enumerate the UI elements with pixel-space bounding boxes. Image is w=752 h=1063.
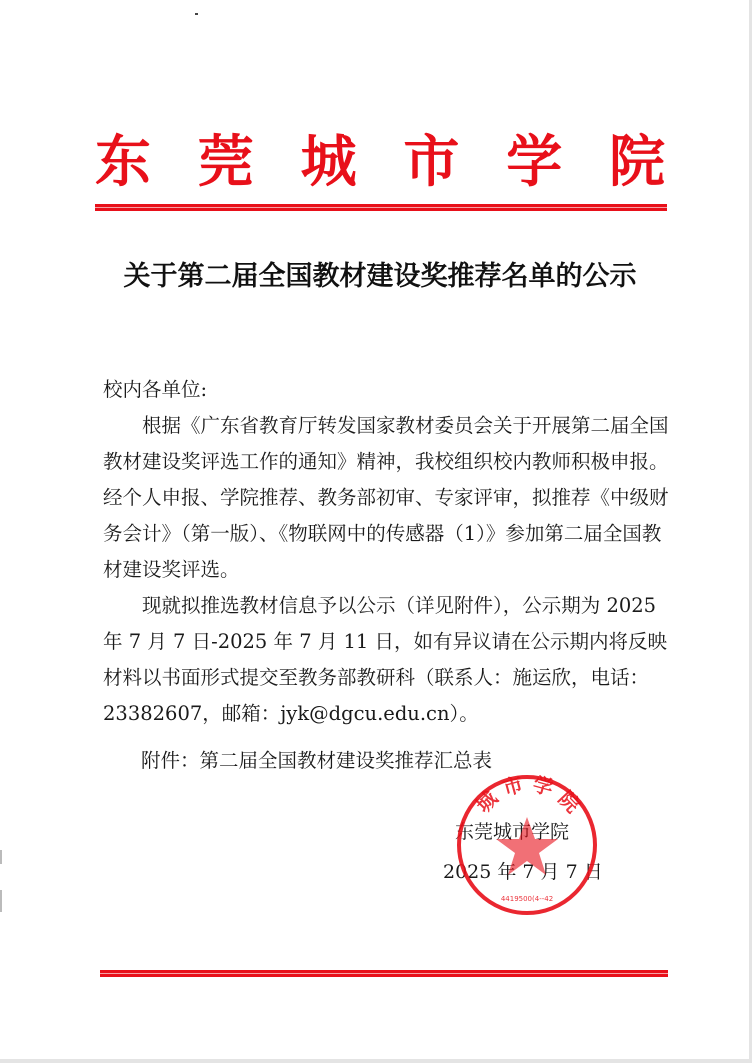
svg-text:城 市 学 院: 城 市 学 院 (471, 773, 585, 817)
body-paragraph: 现就拟推选教材信息予以公示（详见附件），公示期为 2025 年 7 月 7 日-… (103, 588, 673, 732)
body-paragraph: 根据《广东省教育厅转发国家教材委员会关于开展第二届全国教材建设奖评选工作的通知》… (103, 408, 673, 588)
document-page: 东 莞 城 市 学 院 关于第二届全国教材建设奖推荐名单的公示 校内各单位: 根… (0, 0, 749, 1059)
document-body: 校内各单位: 根据《广东省教育厅转发国家教材委员会关于开展第二届全国教材建设奖评… (103, 372, 673, 732)
masthead-char: 院 (609, 135, 665, 191)
masthead-char: 莞 (198, 135, 254, 191)
svg-text:4419500(4--42: 4419500(4--42 (501, 895, 553, 903)
scan-speck (195, 13, 198, 15)
salutation: 校内各单位: (103, 372, 673, 408)
masthead-char: 学 (506, 135, 562, 191)
scan-edge-mark (0, 850, 2, 864)
attachment-line: 附件：第二届全国教材建设奖推荐汇总表 (141, 745, 492, 773)
masthead-institution-name: 东 莞 城 市 学 院 (95, 128, 665, 198)
scan-edge-mark (0, 890, 2, 912)
masthead-char: 东 (95, 135, 151, 191)
masthead-char: 市 (403, 135, 459, 191)
document-title: 关于第二届全国教材建设奖推荐名单的公示 (110, 254, 650, 293)
official-seal-icon: 城 市 学 院 4419500(4--42 (455, 773, 599, 917)
header-red-rule (95, 204, 667, 211)
masthead-char: 城 (301, 135, 357, 191)
footer-red-rule (100, 970, 668, 977)
